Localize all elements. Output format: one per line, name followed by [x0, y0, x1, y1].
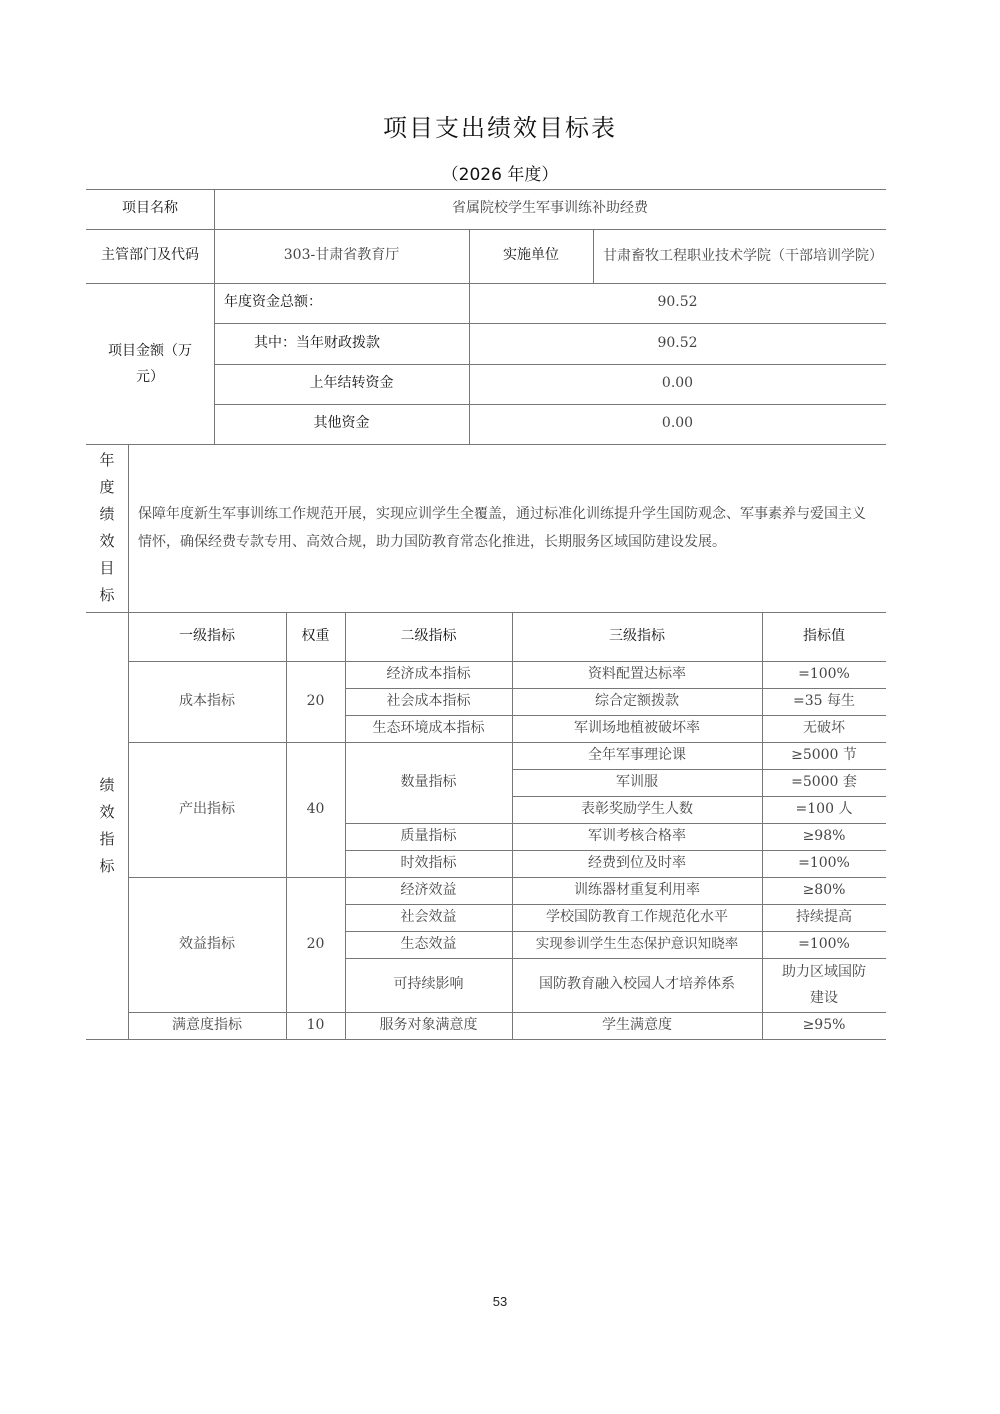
- level3-cell: 国防教育融入校园人才培养体系: [512, 958, 762, 1012]
- level1-satisfaction: 满意度指标: [128, 1012, 286, 1039]
- project-name-value: 省属院校学生军事训练补助经费: [214, 189, 886, 229]
- label-char: 绩: [99, 772, 114, 799]
- funding-fiscal-label: 其中：当年财政拨款: [214, 323, 469, 364]
- level3-cell: 经费到位及时率: [512, 850, 762, 877]
- level3-cell: 训练器材重复利用率: [512, 877, 762, 904]
- label-char: 目: [99, 555, 114, 582]
- weight-cost: 20: [286, 661, 345, 742]
- label-char: 指: [99, 826, 114, 853]
- dept-label: 主管部门及代码: [86, 229, 214, 283]
- level2-cell: 生态环境成本指标: [345, 715, 512, 742]
- indicator-value: 持续提高: [762, 904, 886, 931]
- funding-carryover-label: 上年结转资金: [214, 364, 469, 404]
- indicator-value: ≥98%: [762, 823, 886, 850]
- funding-fiscal-value: 90.52: [469, 323, 886, 364]
- impl-unit-label: 实施单位: [469, 229, 593, 283]
- table-bottom-border: [86, 1039, 886, 1040]
- label-char: 绩: [99, 501, 114, 528]
- level3-cell: 学生满意度: [512, 1012, 762, 1039]
- label-char: 年: [99, 447, 114, 474]
- funding-other-value: 0.00: [469, 404, 886, 444]
- level3-cell: 全年军事理论课: [512, 742, 762, 769]
- level3-cell: 学校国防教育工作规范化水平: [512, 904, 762, 931]
- label-char: 标: [99, 853, 114, 880]
- header-level1: 一级指标: [128, 612, 286, 661]
- indicator-value: =100%: [762, 931, 886, 958]
- level1-output: 产出指标: [128, 742, 286, 877]
- indicator-value: =5000 套: [762, 769, 886, 796]
- indicator-value: =35 每生: [762, 688, 886, 715]
- weight-satisfaction: 10: [286, 1012, 345, 1039]
- level2-cell: 社会效益: [345, 904, 512, 931]
- level3-cell: 实现参训学生生态保护意识知晓率: [512, 931, 762, 958]
- level3-cell: 综合定额拨款: [512, 688, 762, 715]
- level2-cell: 经济效益: [345, 877, 512, 904]
- indicator-value: 无破坏: [762, 715, 886, 742]
- weight-output: 40: [286, 742, 345, 877]
- level2-cell: 社会成本指标: [345, 688, 512, 715]
- weight-benefit: 20: [286, 877, 345, 1012]
- funding-other-label: 其他资金: [214, 404, 469, 444]
- level2-cell: 服务对象满意度: [345, 1012, 512, 1039]
- label-char: 度: [99, 474, 114, 501]
- header-level2: 二级指标: [345, 612, 512, 661]
- annual-goal-text: 保障年度新生军事训练工作规范开展，实现应训学生全覆盖，通过标准化训练提升学生国防…: [128, 444, 886, 612]
- project-name-label: 项目名称: [86, 189, 214, 229]
- level2-cell: 数量指标: [345, 742, 512, 823]
- indicators-label: 绩 效 指 标: [86, 612, 128, 1039]
- level3-cell: 表彰奖励学生人数: [512, 796, 762, 823]
- indicator-value: 助力区域国防建设: [762, 958, 886, 1012]
- indicator-value: ≥80%: [762, 877, 886, 904]
- level3-cell: 资料配置达标率: [512, 661, 762, 688]
- header-weight: 权重: [286, 612, 345, 661]
- page-title: 项目支出绩效目标表: [0, 108, 1000, 143]
- indicator-value: =100 人: [762, 796, 886, 823]
- dept-value: 303-甘肃省教育厅: [214, 229, 469, 283]
- indicator-value: ≥5000 节: [762, 742, 886, 769]
- level2-cell: 经济成本指标: [345, 661, 512, 688]
- level3-cell: 军训服: [512, 769, 762, 796]
- level2-cell: 可持续影响: [345, 958, 512, 1012]
- page-number: 53: [0, 1294, 1000, 1309]
- indicator-value: ≥95%: [762, 1012, 886, 1039]
- level1-cost: 成本指标: [128, 661, 286, 742]
- annual-goal-label: 年 度 绩 效 目 标: [86, 444, 128, 612]
- indicator-value: =100%: [762, 661, 886, 688]
- level2-cell: 质量指标: [345, 823, 512, 850]
- level3-cell: 军训场地植被破坏率: [512, 715, 762, 742]
- level2-cell: 时效指标: [345, 850, 512, 877]
- funding-total-label: 年度资金总额：: [214, 283, 469, 323]
- funding-carryover-value: 0.00: [469, 364, 886, 404]
- label-char: 效: [99, 799, 114, 826]
- funding-label: 项目金额（万元）: [86, 283, 214, 444]
- funding-total-value: 90.52: [469, 283, 886, 323]
- label-char: 效: [99, 528, 114, 555]
- level3-cell: 军训考核合格率: [512, 823, 762, 850]
- label-char: 标: [99, 582, 114, 609]
- page-subtitle-year: （2026 年度）: [0, 160, 1000, 185]
- level2-cell: 生态效益: [345, 931, 512, 958]
- header-level3: 三级指标: [512, 612, 762, 661]
- indicator-value: =100%: [762, 850, 886, 877]
- impl-unit-value: 甘肃畜牧工程职业技术学院（干部培训学院）: [593, 229, 886, 283]
- header-value: 指标值: [762, 612, 886, 661]
- level1-benefit: 效益指标: [128, 877, 286, 1012]
